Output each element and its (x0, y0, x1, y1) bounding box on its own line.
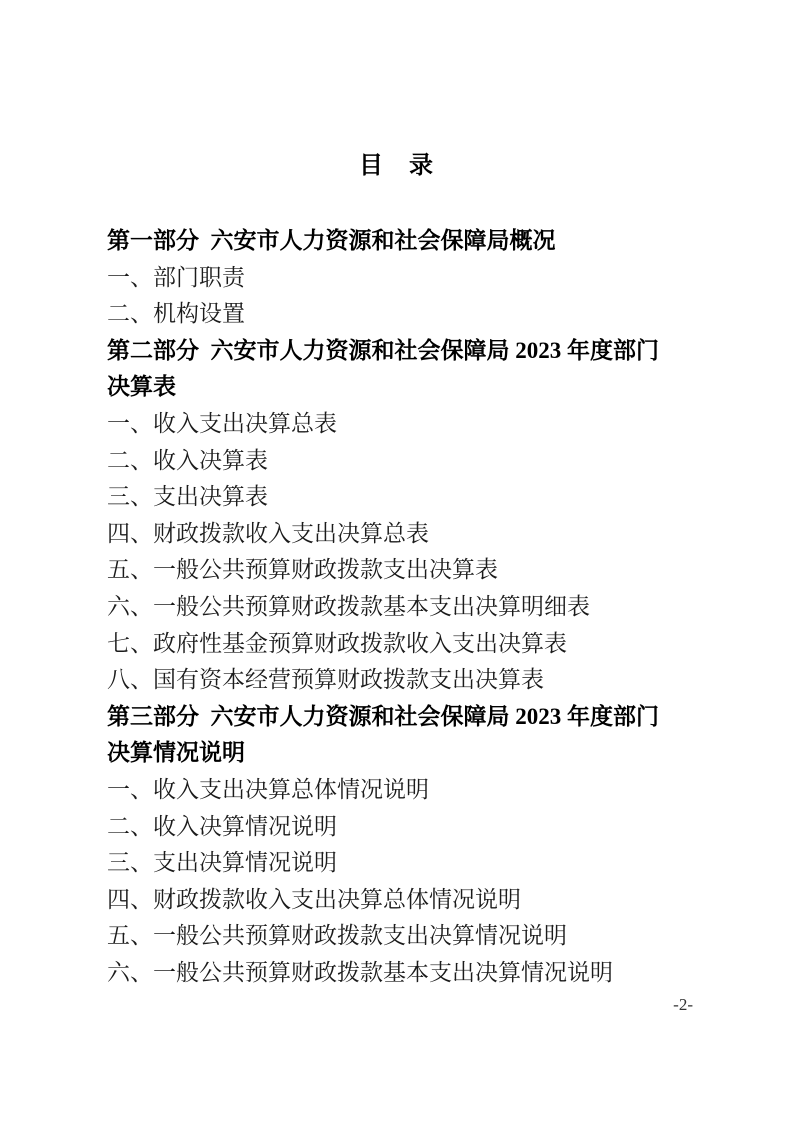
toc-section-heading: 第一部分 六安市人力资源和社会保障局概况 (107, 223, 707, 260)
toc-item: 三、支出决算情况说明 (107, 845, 707, 882)
toc-item: 五、一般公共预算财政拨款支出决算表 (107, 552, 707, 589)
page-number: -2- (673, 995, 693, 1015)
toc-item: 二、机构设置 (107, 296, 707, 333)
toc-item: 一、收入支出决算总体情况说明 (107, 772, 707, 809)
toc-item: 七、政府性基金预算财政拨款收入支出决算表 (107, 626, 707, 663)
toc-section-heading: 第三部分 六安市人力资源和社会保障局 2023 年度部门 (107, 699, 707, 736)
toc-item: 一、收入支出决算总表 (107, 406, 707, 443)
toc-item: 二、收入决算情况说明 (107, 809, 707, 846)
table-of-contents: 第一部分 六安市人力资源和社会保障局概况一、部门职责二、机构设置第二部分 六安市… (107, 223, 707, 991)
toc-section-heading: 第二部分 六安市人力资源和社会保障局 2023 年度部门 (107, 333, 707, 370)
toc-item: 六、一般公共预算财政拨款基本支出决算情况说明 (107, 955, 707, 992)
toc-item: 三、支出决算表 (107, 479, 707, 516)
toc-item: 一、部门职责 (107, 260, 707, 297)
toc-item: 六、一般公共预算财政拨款基本支出决算明细表 (107, 589, 707, 626)
toc-item: 八、国有资本经营预算财政拨款支出决算表 (107, 662, 707, 699)
toc-section-heading: 决算表 (107, 369, 707, 406)
document-page: 目 录 第一部分 六安市人力资源和社会保障局概况一、部门职责二、机构设置第二部分… (0, 0, 793, 1122)
toc-item: 五、一般公共预算财政拨款支出决算情况说明 (107, 918, 707, 955)
page-title: 目 录 (0, 150, 793, 182)
toc-item: 四、财政拨款收入支出决算总表 (107, 516, 707, 553)
toc-section-heading: 决算情况说明 (107, 735, 707, 772)
toc-item: 四、财政拨款收入支出决算总体情况说明 (107, 882, 707, 919)
toc-item: 二、收入决算表 (107, 443, 707, 480)
